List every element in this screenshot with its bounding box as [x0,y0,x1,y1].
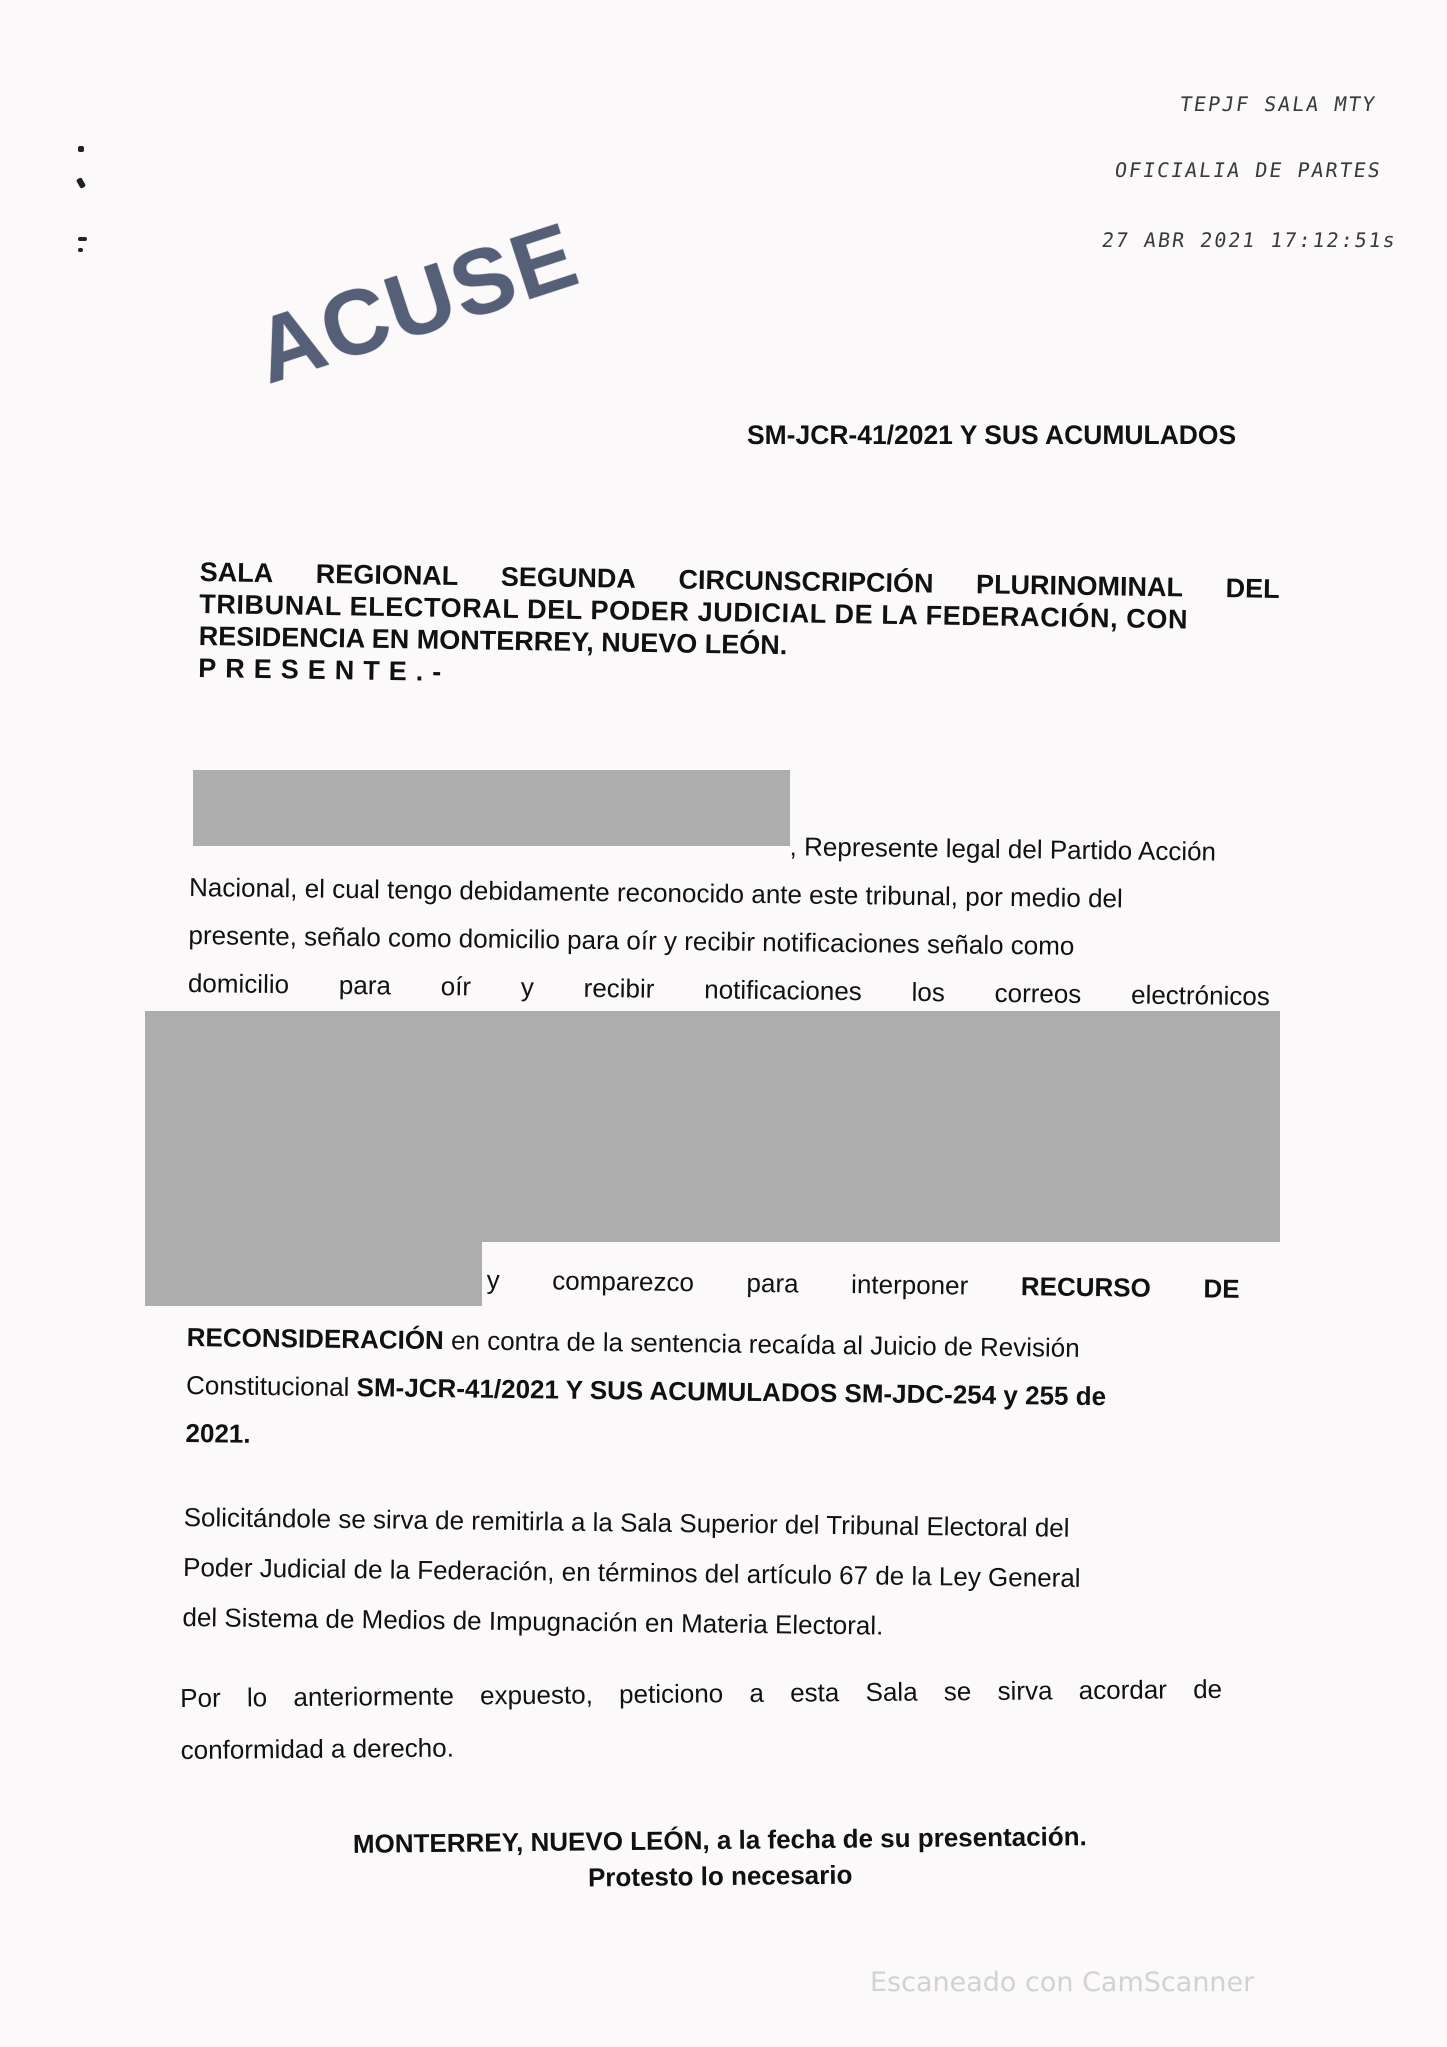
line-text: del Sistema de Medios de Impugnación en … [182,1592,883,1651]
margin-mark [78,248,83,252]
margin-mark [76,177,86,189]
case-reference: SM-JCR-41/2021 Y SUS ACUMULADOS SM-JDC-2… [356,1372,1106,1411]
camscanner-watermark: Escaneado con CamScanner [870,1967,1254,1998]
word: notificaciones [704,965,862,1015]
redaction-emails [145,1011,1280,1242]
word: para [746,1259,799,1308]
word: CIRCUNSCRIPCIÓN [678,564,933,600]
paragraph-appeal-continued: RECONSIDERACIÓN en contra de la sentenci… [185,1313,1249,1470]
word: acordar [1078,1663,1167,1716]
word: SALA [199,556,273,589]
word: SEGUNDA [501,561,637,595]
word: oír [440,962,471,1010]
word: comparezco [552,1256,694,1306]
reception-stamp-department: OFICIALIA DE PARTES [1113,158,1383,182]
word: DEL [1225,572,1279,605]
word: domicilio [188,959,290,1008]
word: se [944,1665,972,1717]
paragraph-line: conformidad a derecho. [180,1715,1222,1776]
word: para [339,961,392,1010]
word: REGIONAL [316,558,459,592]
margin-mark [78,146,84,152]
closing-block: MONTERREY, NUEVO LEÓN, a la fecha de su … [290,1817,1151,1898]
word: peticiono [619,1667,724,1720]
word: lo [247,1671,268,1723]
word: recibir [583,964,654,1013]
word: PLURINOMINAL [976,568,1183,603]
line-text: en contra de la sentencia recaída al Jui… [444,1325,1080,1363]
line-text: Constitucional [186,1370,357,1402]
line-text: conformidad a derecho. [180,1722,454,1776]
acuse-stamp: ACUSE [243,203,591,405]
word: y [521,963,535,1011]
word: esta [790,1666,840,1718]
appeal-type: RECONSIDERACIÓN [187,1322,444,1355]
reception-stamp-office: TEPJF SALA MTY [1178,92,1378,116]
case-number: SM-JCR-41/2021 Y SUS ACUMULADOS [747,420,1236,451]
closing-place: MONTERREY, NUEVO LEÓN, [353,1825,710,1859]
word: y [486,1256,500,1304]
word: sirva [997,1664,1052,1716]
word: a [749,1667,764,1719]
reception-stamp-datetime: 27 ABR 2021 17:12:51s [1100,228,1398,252]
word: interponer [851,1260,969,1309]
case-year: 2021. [185,1409,251,1458]
word: de [1193,1663,1222,1715]
word: RECURSO [1021,1262,1152,1312]
paragraph-main-request: , Represente legal del Partido Acción Na… [188,815,1272,1020]
closing-date-text: a la fecha de su presentación. [709,1821,1086,1855]
paragraph-petition: Porloanteriormenteexpuesto,peticionoaest… [180,1663,1223,1776]
margin-mark [78,237,87,241]
word: Por [180,1672,221,1724]
word: los [911,968,945,1016]
paragraph-line: Porloanteriormenteexpuesto,peticionoaest… [180,1663,1222,1724]
addressee-block: SALAREGIONALSEGUNDACIRCUNSCRIPCIÓNPLURIN… [198,556,1280,701]
word: DE [1203,1264,1240,1312]
word: Sala [865,1666,917,1718]
representative-role: , Represente legal del Partido Acción [789,822,1216,875]
paragraph-remit-request: Solicitándole se sirva de remitirla a la… [182,1492,1250,1655]
word: anteriormente [293,1670,454,1723]
word: expuesto, [480,1668,593,1721]
